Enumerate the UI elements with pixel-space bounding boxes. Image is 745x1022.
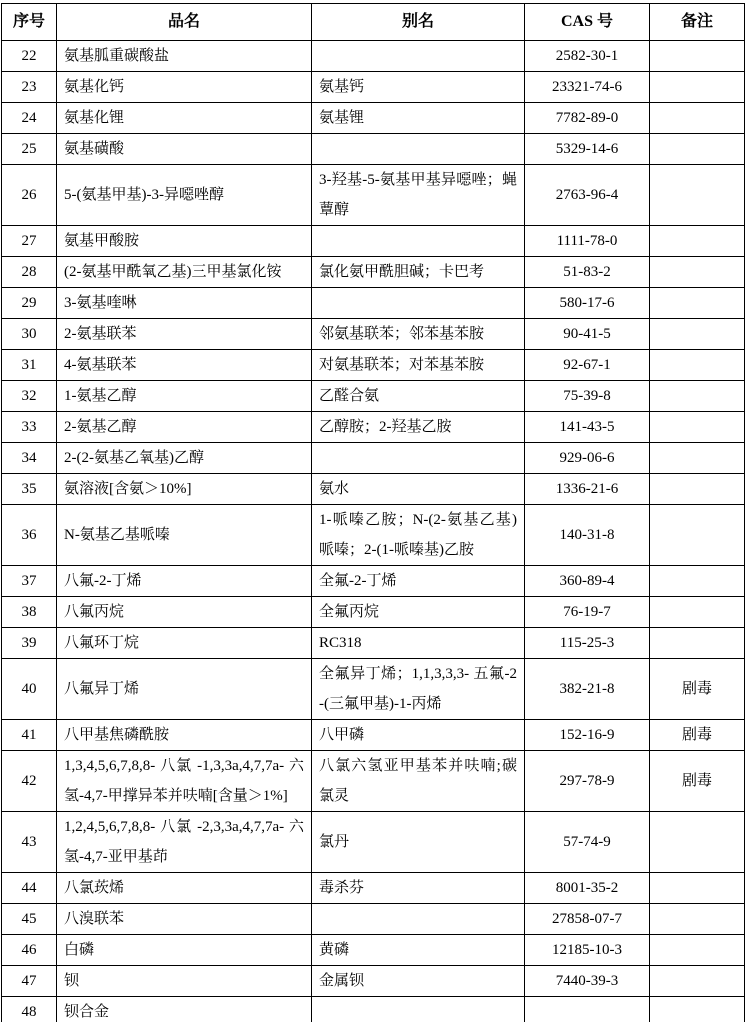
remark-cell [650, 72, 745, 103]
cas-number-cell: 1336-21-6 [525, 474, 650, 505]
product-name-cell: 2-氨基乙醇 [57, 412, 312, 443]
alias-cell [312, 41, 525, 72]
alias-cell: 毒杀芬 [312, 873, 525, 904]
remark-cell [650, 597, 745, 628]
table-row: 28 (2-氨基甲酰氧乙基)三甲基氯化铵 氯化氨甲酰胆碱；卡巴考 51-83-2 [2, 257, 745, 288]
remark-cell [650, 381, 745, 412]
remark-cell [650, 350, 745, 381]
product-name-cell: 八氟异丁烯 [57, 659, 312, 720]
table-row: 32 1-氨基乙醇 乙醛合氨 75-39-8 [2, 381, 745, 412]
product-name-cell: 氨基磺酸 [57, 134, 312, 165]
table-row: 46 白磷 黄磷 12185-10-3 [2, 935, 745, 966]
remark-cell [650, 904, 745, 935]
alias-cell: 氨水 [312, 474, 525, 505]
table-row: 35 氨溶液[含氨＞10%] 氨水 1336-21-6 [2, 474, 745, 505]
product-name-cell: 八甲基焦磷酰胺 [57, 720, 312, 751]
remark-cell [650, 566, 745, 597]
table-row: 34 2-(2-氨基乙氧基)乙醇 929-06-6 [2, 443, 745, 474]
product-name-cell: 5-(氨基甲基)-3-异噁唑醇 [57, 165, 312, 226]
product-name-cell: 八氟环丁烷 [57, 628, 312, 659]
table-row: 47 钡 金属钡 7440-39-3 [2, 966, 745, 997]
cas-number-cell [525, 997, 650, 1022]
table-header-row: 序号 品名 别名 CAS 号 备注 [2, 4, 745, 41]
table-row: 33 2-氨基乙醇 乙醇胺；2-羟基乙胺 141-43-5 [2, 412, 745, 443]
product-name-cell: 氨基化锂 [57, 103, 312, 134]
product-name-cell: 氨基化钙 [57, 72, 312, 103]
row-number-cell: 48 [2, 997, 57, 1022]
table-row: 24 氨基化锂 氨基锂 7782-89-0 [2, 103, 745, 134]
row-number-cell: 46 [2, 935, 57, 966]
row-number-cell: 33 [2, 412, 57, 443]
row-number-cell: 32 [2, 381, 57, 412]
cas-number-cell: 90-41-5 [525, 319, 650, 350]
remark-cell [650, 134, 745, 165]
cas-number-cell: 8001-35-2 [525, 873, 650, 904]
cas-number-cell: 929-06-6 [525, 443, 650, 474]
alias-cell: 1-哌嗪乙胺；N-(2-氨基乙基)哌嗪；2-(1-哌嗪基)乙胺 [312, 505, 525, 566]
alias-cell: 乙醇胺；2-羟基乙胺 [312, 412, 525, 443]
cas-number-cell: 382-21-8 [525, 659, 650, 720]
table-row: 45 八溴联苯 27858-07-7 [2, 904, 745, 935]
remark-cell [650, 966, 745, 997]
alias-cell: 金属钡 [312, 966, 525, 997]
table-row: 40 八氟异丁烯 全氟异丁烯；1,1,3,3,3- 五氟-2-(三氟甲基)-1-… [2, 659, 745, 720]
row-number-cell: 45 [2, 904, 57, 935]
product-name-cell: 钡 [57, 966, 312, 997]
remark-cell [650, 935, 745, 966]
row-number-cell: 41 [2, 720, 57, 751]
alias-cell [312, 134, 525, 165]
product-name-cell: 白磷 [57, 935, 312, 966]
cas-number-cell: 76-19-7 [525, 597, 650, 628]
alias-cell: 黄磷 [312, 935, 525, 966]
remark-cell [650, 412, 745, 443]
product-name-cell: 3-氨基喹啉 [57, 288, 312, 319]
row-number-cell: 23 [2, 72, 57, 103]
cas-number-cell: 2582-30-1 [525, 41, 650, 72]
row-number-cell: 25 [2, 134, 57, 165]
row-number-cell: 36 [2, 505, 57, 566]
table-row: 42 1,3,4,5,6,7,8,8- 八氯 -1,3,3a,4,7,7a- 六… [2, 751, 745, 812]
cas-number-cell: 297-78-9 [525, 751, 650, 812]
row-number-cell: 39 [2, 628, 57, 659]
product-name-cell: 八氟-2-丁烯 [57, 566, 312, 597]
alias-cell: 全氟-2-丁烯 [312, 566, 525, 597]
column-header-name: 品名 [57, 4, 312, 41]
table-row: 39 八氟环丁烷 RC318 115-25-3 [2, 628, 745, 659]
product-name-cell: 2-氨基联苯 [57, 319, 312, 350]
alias-cell: 氨基锂 [312, 103, 525, 134]
table-row: 22 氨基胍重碳酸盐 2582-30-1 [2, 41, 745, 72]
cas-number-cell: 7440-39-3 [525, 966, 650, 997]
row-number-cell: 40 [2, 659, 57, 720]
table-row: 38 八氟丙烷 全氟丙烷 76-19-7 [2, 597, 745, 628]
row-number-cell: 22 [2, 41, 57, 72]
cas-number-cell: 92-67-1 [525, 350, 650, 381]
cas-number-cell: 140-31-8 [525, 505, 650, 566]
cas-number-cell: 57-74-9 [525, 812, 650, 873]
table-row: 41 八甲基焦磷酰胺 八甲磷 152-16-9 剧毒 [2, 720, 745, 751]
remark-cell [650, 41, 745, 72]
cas-number-cell: 141-43-5 [525, 412, 650, 443]
product-name-cell: 1,2,4,5,6,7,8,8- 八氯 -2,3,3a,4,7,7a- 六氢-4… [57, 812, 312, 873]
table-row: 26 5-(氨基甲基)-3-异噁唑醇 3-羟基-5-氨基甲基异噁唑；蝇蕈醇 27… [2, 165, 745, 226]
table-row: 23 氨基化钙 氨基钙 23321-74-6 [2, 72, 745, 103]
row-number-cell: 43 [2, 812, 57, 873]
cas-number-cell: 2763-96-4 [525, 165, 650, 226]
row-number-cell: 42 [2, 751, 57, 812]
product-name-cell: 氨溶液[含氨＞10%] [57, 474, 312, 505]
product-name-cell: 氨基胍重碳酸盐 [57, 41, 312, 72]
remark-cell [650, 319, 745, 350]
alias-cell: 乙醛合氨 [312, 381, 525, 412]
cas-number-cell: 23321-74-6 [525, 72, 650, 103]
alias-cell: RC318 [312, 628, 525, 659]
product-name-cell: 八氟丙烷 [57, 597, 312, 628]
chemical-list-table: 序号 品名 别名 CAS 号 备注 22 氨基胍重碳酸盐 2582-30-1 2… [1, 3, 745, 1022]
cas-number-cell: 12185-10-3 [525, 935, 650, 966]
remark-cell [650, 165, 745, 226]
alias-cell: 3-羟基-5-氨基甲基异噁唑；蝇蕈醇 [312, 165, 525, 226]
alias-cell [312, 288, 525, 319]
row-number-cell: 24 [2, 103, 57, 134]
remark-cell: 剧毒 [650, 751, 745, 812]
table-row: 30 2-氨基联苯 邻氨基联苯；邻苯基苯胺 90-41-5 [2, 319, 745, 350]
table-row: 37 八氟-2-丁烯 全氟-2-丁烯 360-89-4 [2, 566, 745, 597]
remark-cell [650, 873, 745, 904]
product-name-cell: 钡合金 [57, 997, 312, 1022]
remark-cell [650, 443, 745, 474]
alias-cell: 八氯六氢亚甲基苯并呋喃;碳氯灵 [312, 751, 525, 812]
product-name-cell: (2-氨基甲酰氧乙基)三甲基氯化铵 [57, 257, 312, 288]
cas-number-cell: 360-89-4 [525, 566, 650, 597]
alias-cell [312, 226, 525, 257]
remark-cell [650, 226, 745, 257]
table-row: 48 钡合金 [2, 997, 745, 1022]
column-header-cas: CAS 号 [525, 4, 650, 41]
cas-number-cell: 7782-89-0 [525, 103, 650, 134]
remark-cell [650, 812, 745, 873]
row-number-cell: 38 [2, 597, 57, 628]
alias-cell [312, 443, 525, 474]
cas-number-cell: 27858-07-7 [525, 904, 650, 935]
column-header-note: 备注 [650, 4, 745, 41]
remark-cell: 剧毒 [650, 720, 745, 751]
product-name-cell: 1-氨基乙醇 [57, 381, 312, 412]
alias-cell: 全氟丙烷 [312, 597, 525, 628]
column-header-index: 序号 [2, 4, 57, 41]
product-name-cell: 1,3,4,5,6,7,8,8- 八氯 -1,3,3a,4,7,7a- 六氢-4… [57, 751, 312, 812]
row-number-cell: 44 [2, 873, 57, 904]
alias-cell: 邻氨基联苯；邻苯基苯胺 [312, 319, 525, 350]
alias-cell: 氨基钙 [312, 72, 525, 103]
alias-cell: 对氨基联苯；对苯基苯胺 [312, 350, 525, 381]
row-number-cell: 30 [2, 319, 57, 350]
cas-number-cell: 5329-14-6 [525, 134, 650, 165]
remark-cell [650, 257, 745, 288]
remark-cell [650, 474, 745, 505]
row-number-cell: 47 [2, 966, 57, 997]
alias-cell [312, 904, 525, 935]
table-row: 36 N-氨基乙基哌嗪 1-哌嗪乙胺；N-(2-氨基乙基)哌嗪；2-(1-哌嗪基… [2, 505, 745, 566]
table-row: 31 4-氨基联苯 对氨基联苯；对苯基苯胺 92-67-1 [2, 350, 745, 381]
row-number-cell: 28 [2, 257, 57, 288]
alias-cell: 全氟异丁烯；1,1,3,3,3- 五氟-2-(三氟甲基)-1-丙烯 [312, 659, 525, 720]
remark-cell: 剧毒 [650, 659, 745, 720]
table-row: 25 氨基磺酸 5329-14-6 [2, 134, 745, 165]
cas-number-cell: 75-39-8 [525, 381, 650, 412]
cas-number-cell: 580-17-6 [525, 288, 650, 319]
remark-cell [650, 288, 745, 319]
table-row: 27 氨基甲酸胺 1111-78-0 [2, 226, 745, 257]
cas-number-cell: 51-83-2 [525, 257, 650, 288]
product-name-cell: 氨基甲酸胺 [57, 226, 312, 257]
row-number-cell: 35 [2, 474, 57, 505]
document-page: 序号 品名 别名 CAS 号 备注 22 氨基胍重碳酸盐 2582-30-1 2… [0, 0, 745, 1022]
table-row: 44 八氯莰烯 毒杀芬 8001-35-2 [2, 873, 745, 904]
cas-number-cell: 152-16-9 [525, 720, 650, 751]
column-header-alias: 别名 [312, 4, 525, 41]
row-number-cell: 27 [2, 226, 57, 257]
remark-cell [650, 103, 745, 134]
product-name-cell: 八溴联苯 [57, 904, 312, 935]
product-name-cell: 4-氨基联苯 [57, 350, 312, 381]
row-number-cell: 34 [2, 443, 57, 474]
product-name-cell: N-氨基乙基哌嗪 [57, 505, 312, 566]
row-number-cell: 37 [2, 566, 57, 597]
alias-cell [312, 997, 525, 1022]
product-name-cell: 八氯莰烯 [57, 873, 312, 904]
remark-cell [650, 505, 745, 566]
alias-cell: 氯丹 [312, 812, 525, 873]
row-number-cell: 26 [2, 165, 57, 226]
remark-cell [650, 997, 745, 1022]
remark-cell [650, 628, 745, 659]
table-row: 29 3-氨基喹啉 580-17-6 [2, 288, 745, 319]
row-number-cell: 29 [2, 288, 57, 319]
row-number-cell: 31 [2, 350, 57, 381]
cas-number-cell: 115-25-3 [525, 628, 650, 659]
alias-cell: 氯化氨甲酰胆碱；卡巴考 [312, 257, 525, 288]
alias-cell: 八甲磷 [312, 720, 525, 751]
product-name-cell: 2-(2-氨基乙氧基)乙醇 [57, 443, 312, 474]
table-row: 43 1,2,4,5,6,7,8,8- 八氯 -2,3,3a,4,7,7a- 六… [2, 812, 745, 873]
cas-number-cell: 1111-78-0 [525, 226, 650, 257]
